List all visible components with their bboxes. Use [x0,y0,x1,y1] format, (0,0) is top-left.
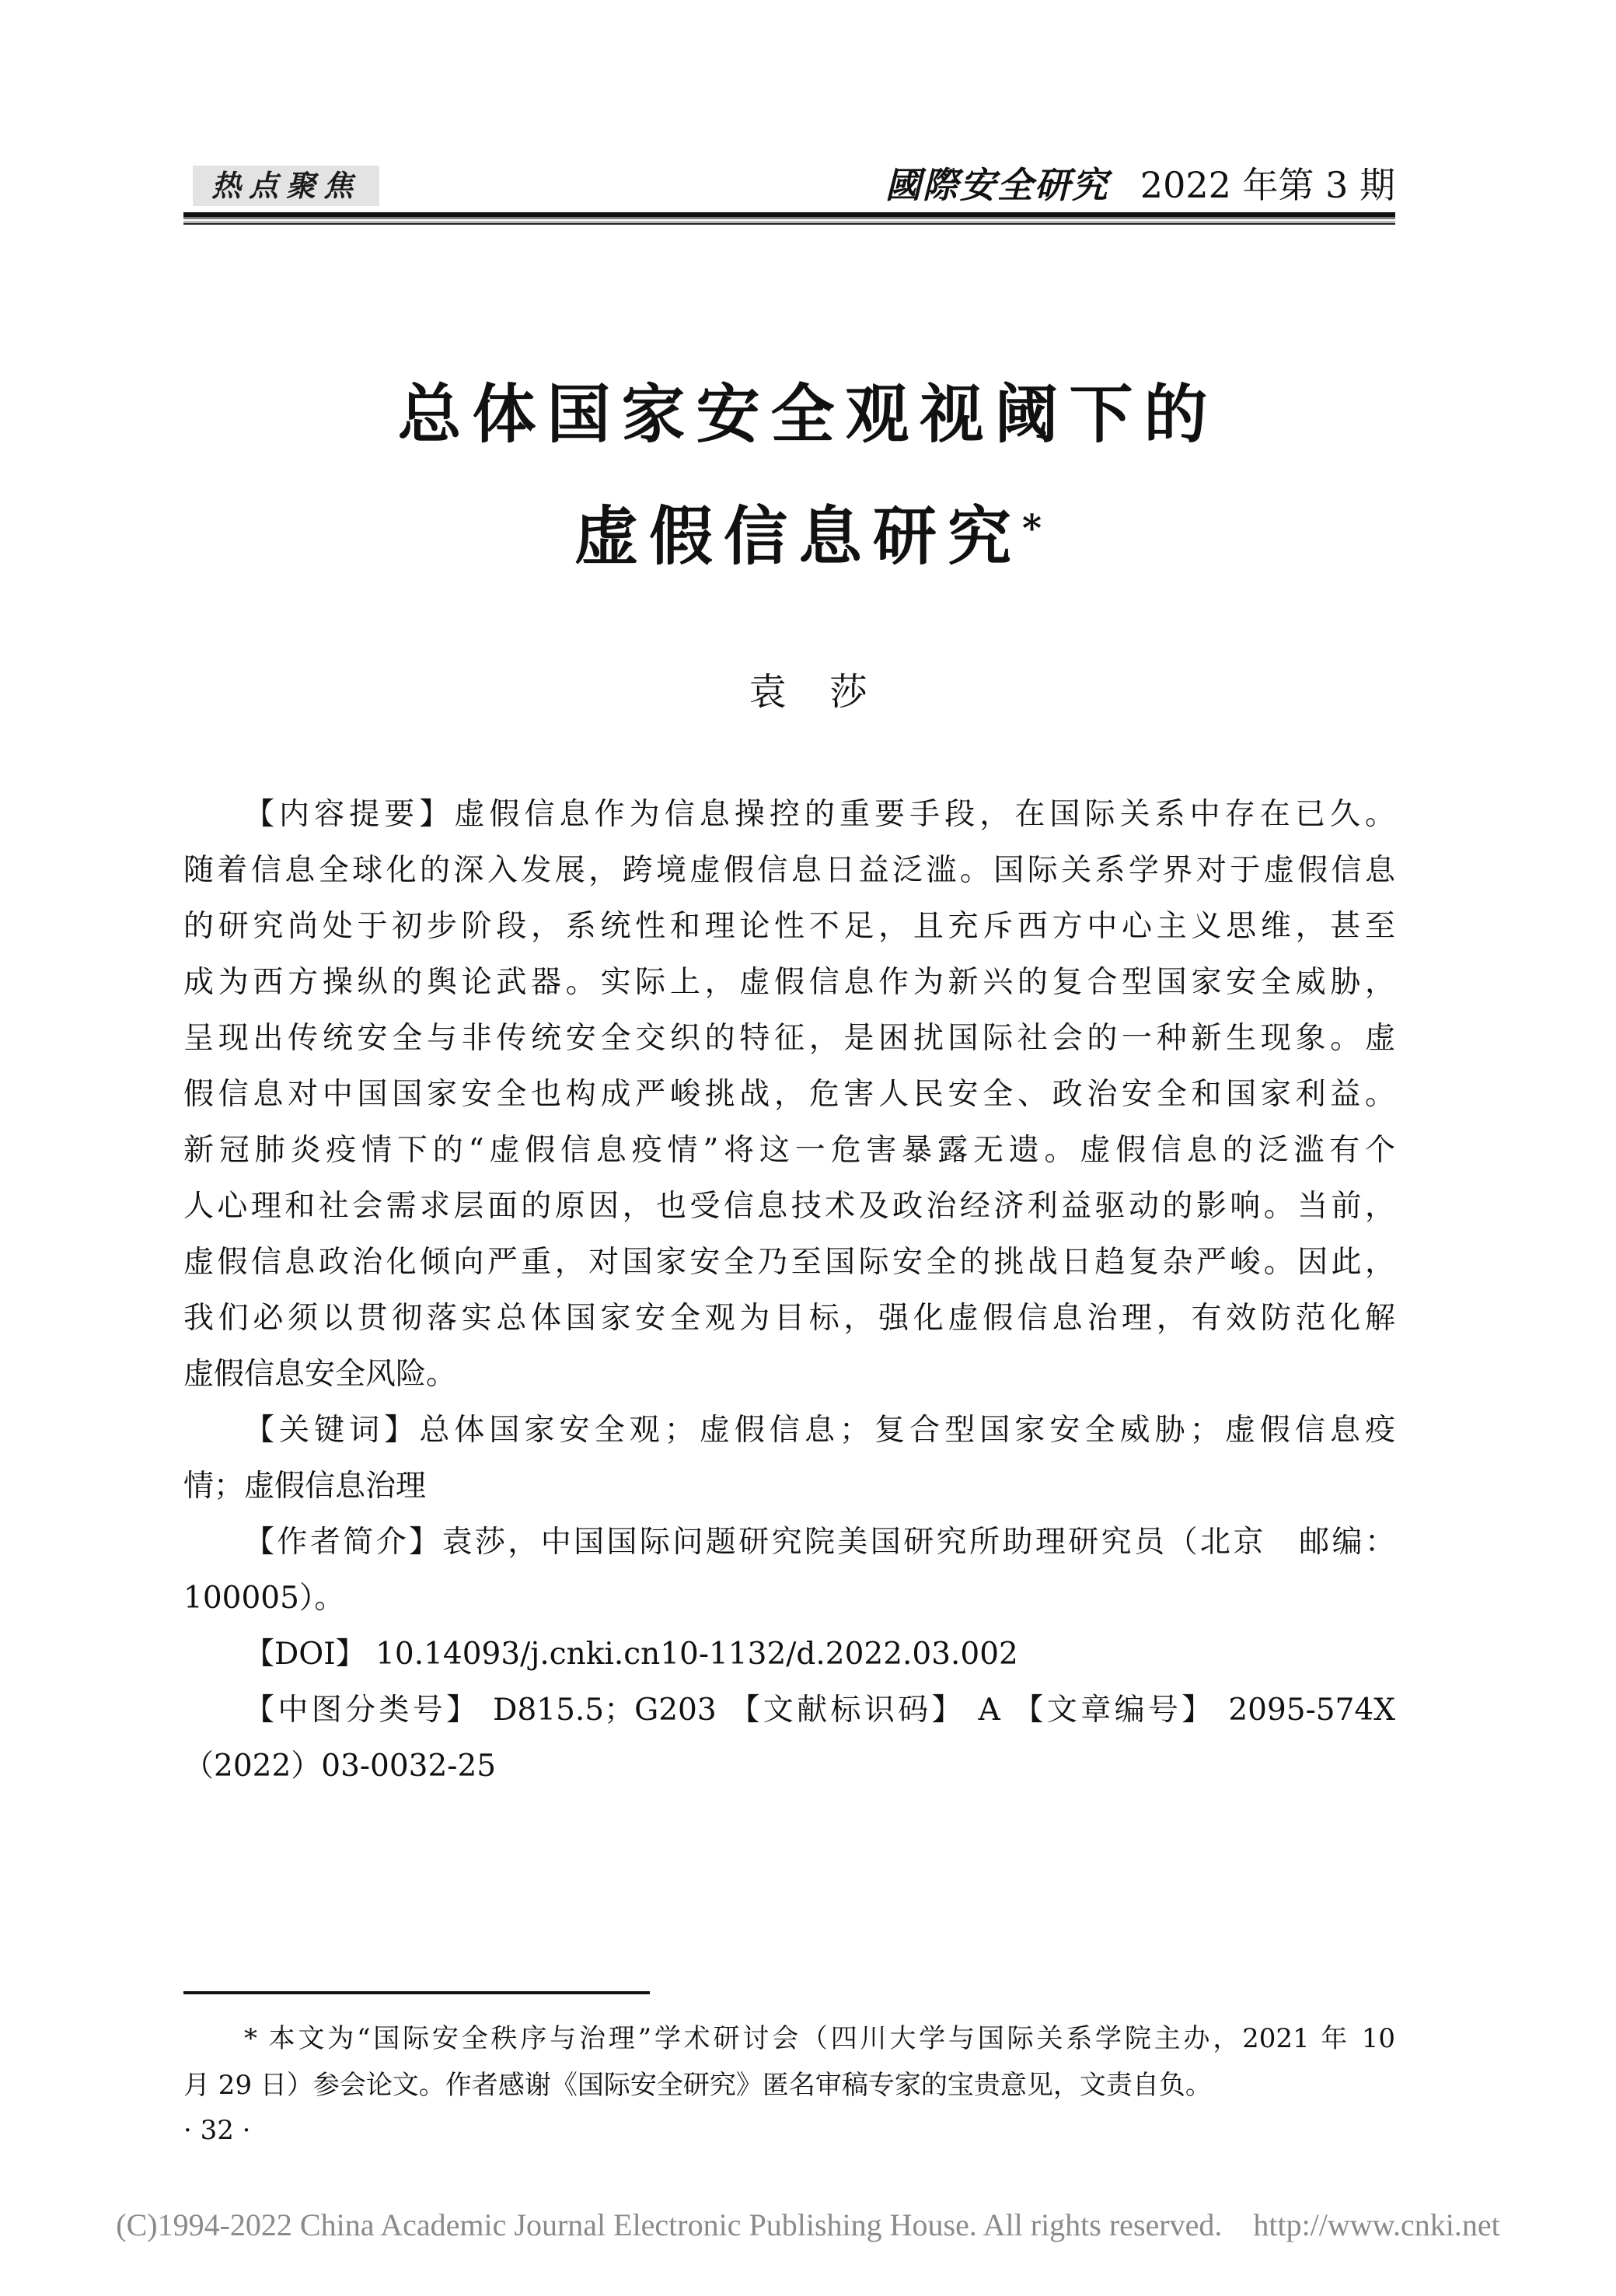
article-no-value: 2095-574X [1228,1693,1395,1728]
footnote-marker: * [244,2023,257,2054]
journal-header: 國際安全研究2022 年第 3 期 [885,160,1395,210]
abstract-line: 随着信息全球化的深入发展，跨境虚假信息日益泛滥。国际关系学界对于虚假信息 [183,843,1395,899]
abstract-line: 呈现出传统安全与非传统安全交织的特征，是困扰国际社会的一种新生现象。虚 [183,1011,1395,1067]
clc-label: 【中图分类号】 [244,1693,480,1728]
article-title-text: 虚假信息研究 [574,499,1022,574]
author-char: 莎 [830,670,867,714]
section-tag: 热点聚焦 [193,166,379,206]
keywords: 【关键词】总体国家安全观；虚假信息；复合型国家安全威胁；虚假信息疫 情；虚假信息… [183,1403,1395,1515]
article-no-label: 【文章编号】 [1014,1693,1216,1728]
front-matter: 【内容提要】虚假信息作为信息操控的重要手段，在国际关系中存在已久。 随着信息全球… [183,787,1395,1795]
header-rule-gray [183,217,1395,219]
page-number: · 32 · [183,2111,251,2150]
abstract-line: 假信息对中国国家安全也构成严峻挑战，危害人民安全、政治安全和国家利益。 [183,1067,1395,1123]
footnote-line: * 本文为“国际安全秩序与治理”学术研讨会（四川大学与国际关系学院主办，2021… [183,2015,1395,2062]
abstract-line: 成为西方操纵的舆论武器。实际上，虚假信息作为新兴的复合型国家安全威胁， [183,955,1395,1011]
footnote: * 本文为“国际安全秩序与治理”学术研讨会（四川大学与国际关系学院主办，2021… [183,2015,1395,2109]
abstract-line: 虚假信息安全风险。 [183,1347,1395,1403]
footnote-rule [183,1991,650,1994]
keywords-line: 【关键词】总体国家安全观；虚假信息；复合型国家安全威胁；虚假信息疫 [183,1403,1395,1459]
classification-line: 【中图分类号】 D815.5；G203 【文献标识码】 A 【文章编号】 209… [183,1683,1395,1739]
article-title-line-1: 总体国家安全观视阈下的 [0,376,1616,453]
doc-code-value: A [979,1693,1000,1728]
classification: 【中图分类号】 D815.5；G203 【文献标识码】 A 【文章编号】 209… [183,1683,1395,1795]
doc-code-label: 【文献标识码】 [729,1693,965,1728]
abstract-line: 虚假信息政治化倾向严重，对国家安全乃至国际安全的挑战日趋复杂严峻。因此， [183,1235,1395,1291]
author-char: 袁 [749,670,786,714]
article-title-line-2: 虚假信息研究* [0,498,1616,575]
abstract-line: 人心理和社会需求层面的原因，也受信息技术及政治经济利益驱动的影响。当前， [183,1179,1395,1235]
keywords-line: 情；虚假信息治理 [183,1459,1395,1515]
copyright-text: (C)1994-2022 China Academic Journal Elec… [116,2207,1222,2242]
journal-name: 國際安全研究 [885,164,1109,206]
author-bio-label: 【作者简介】 [244,1525,442,1560]
doi: 【DOI】 10.14093/j.cnki.cn10-1132/d.2022.0… [183,1627,1395,1683]
abstract-line: 新冠肺炎疫情下的“虚假信息疫情”将这一危害暴露无遗。虚假信息的泛滥有个 [183,1123,1395,1179]
issue-label: 2022 年第 3 期 [1140,164,1395,206]
doi-label: 【DOI】 [244,1637,366,1672]
title-footnote-marker: * [1022,507,1042,550]
keywords-label: 【关键词】 [244,1413,419,1448]
clc-value: D815.5；G203 [493,1693,717,1728]
abstract-label: 【内容提要】 [244,797,454,832]
abstract-line: 的研究尚处于初步阶段，系统性和理论性不足，且充斥西方中心主义思维，甚至 [183,899,1395,955]
abstract: 【内容提要】虚假信息作为信息操控的重要手段，在国际关系中存在已久。 随着信息全球… [183,787,1395,1403]
copyright-notice: (C)1994-2022 China Academic Journal Elec… [0,2202,1616,2249]
classification-continuation: （2022）03-0032-25 [183,1739,1395,1795]
author-bio: 【作者简介】袁莎，中国国际问题研究院美国研究所助理研究员（北京 邮编： 1000… [183,1515,1395,1627]
abstract-line: 我们必须以贯彻落实总体国家安全观为目标，强化虚假信息治理，有效防范化解 [183,1291,1395,1347]
doi-line: 【DOI】 10.14093/j.cnki.cn10-1132/d.2022.0… [183,1627,1395,1683]
header-rule-thin [183,223,1395,225]
doi-value[interactable]: 10.14093/j.cnki.cn10-1132/d.2022.03.002 [375,1637,1018,1672]
publisher-url[interactable]: http://www.cnki.net [1253,2207,1499,2242]
author-bio-line: 100005）。 [183,1571,1395,1627]
author-bio-line: 【作者简介】袁莎，中国国际问题研究院美国研究所助理研究员（北京 邮编： [183,1515,1395,1571]
abstract-line: 【内容提要】虚假信息作为信息操控的重要手段，在国际关系中存在已久。 [183,787,1395,843]
footnote-line: 月 29 日）参会论文。作者感谢《国际安全研究》匿名审稿专家的宝贵意见，文责自负… [183,2062,1395,2109]
author-name: 袁莎 [0,667,1616,717]
